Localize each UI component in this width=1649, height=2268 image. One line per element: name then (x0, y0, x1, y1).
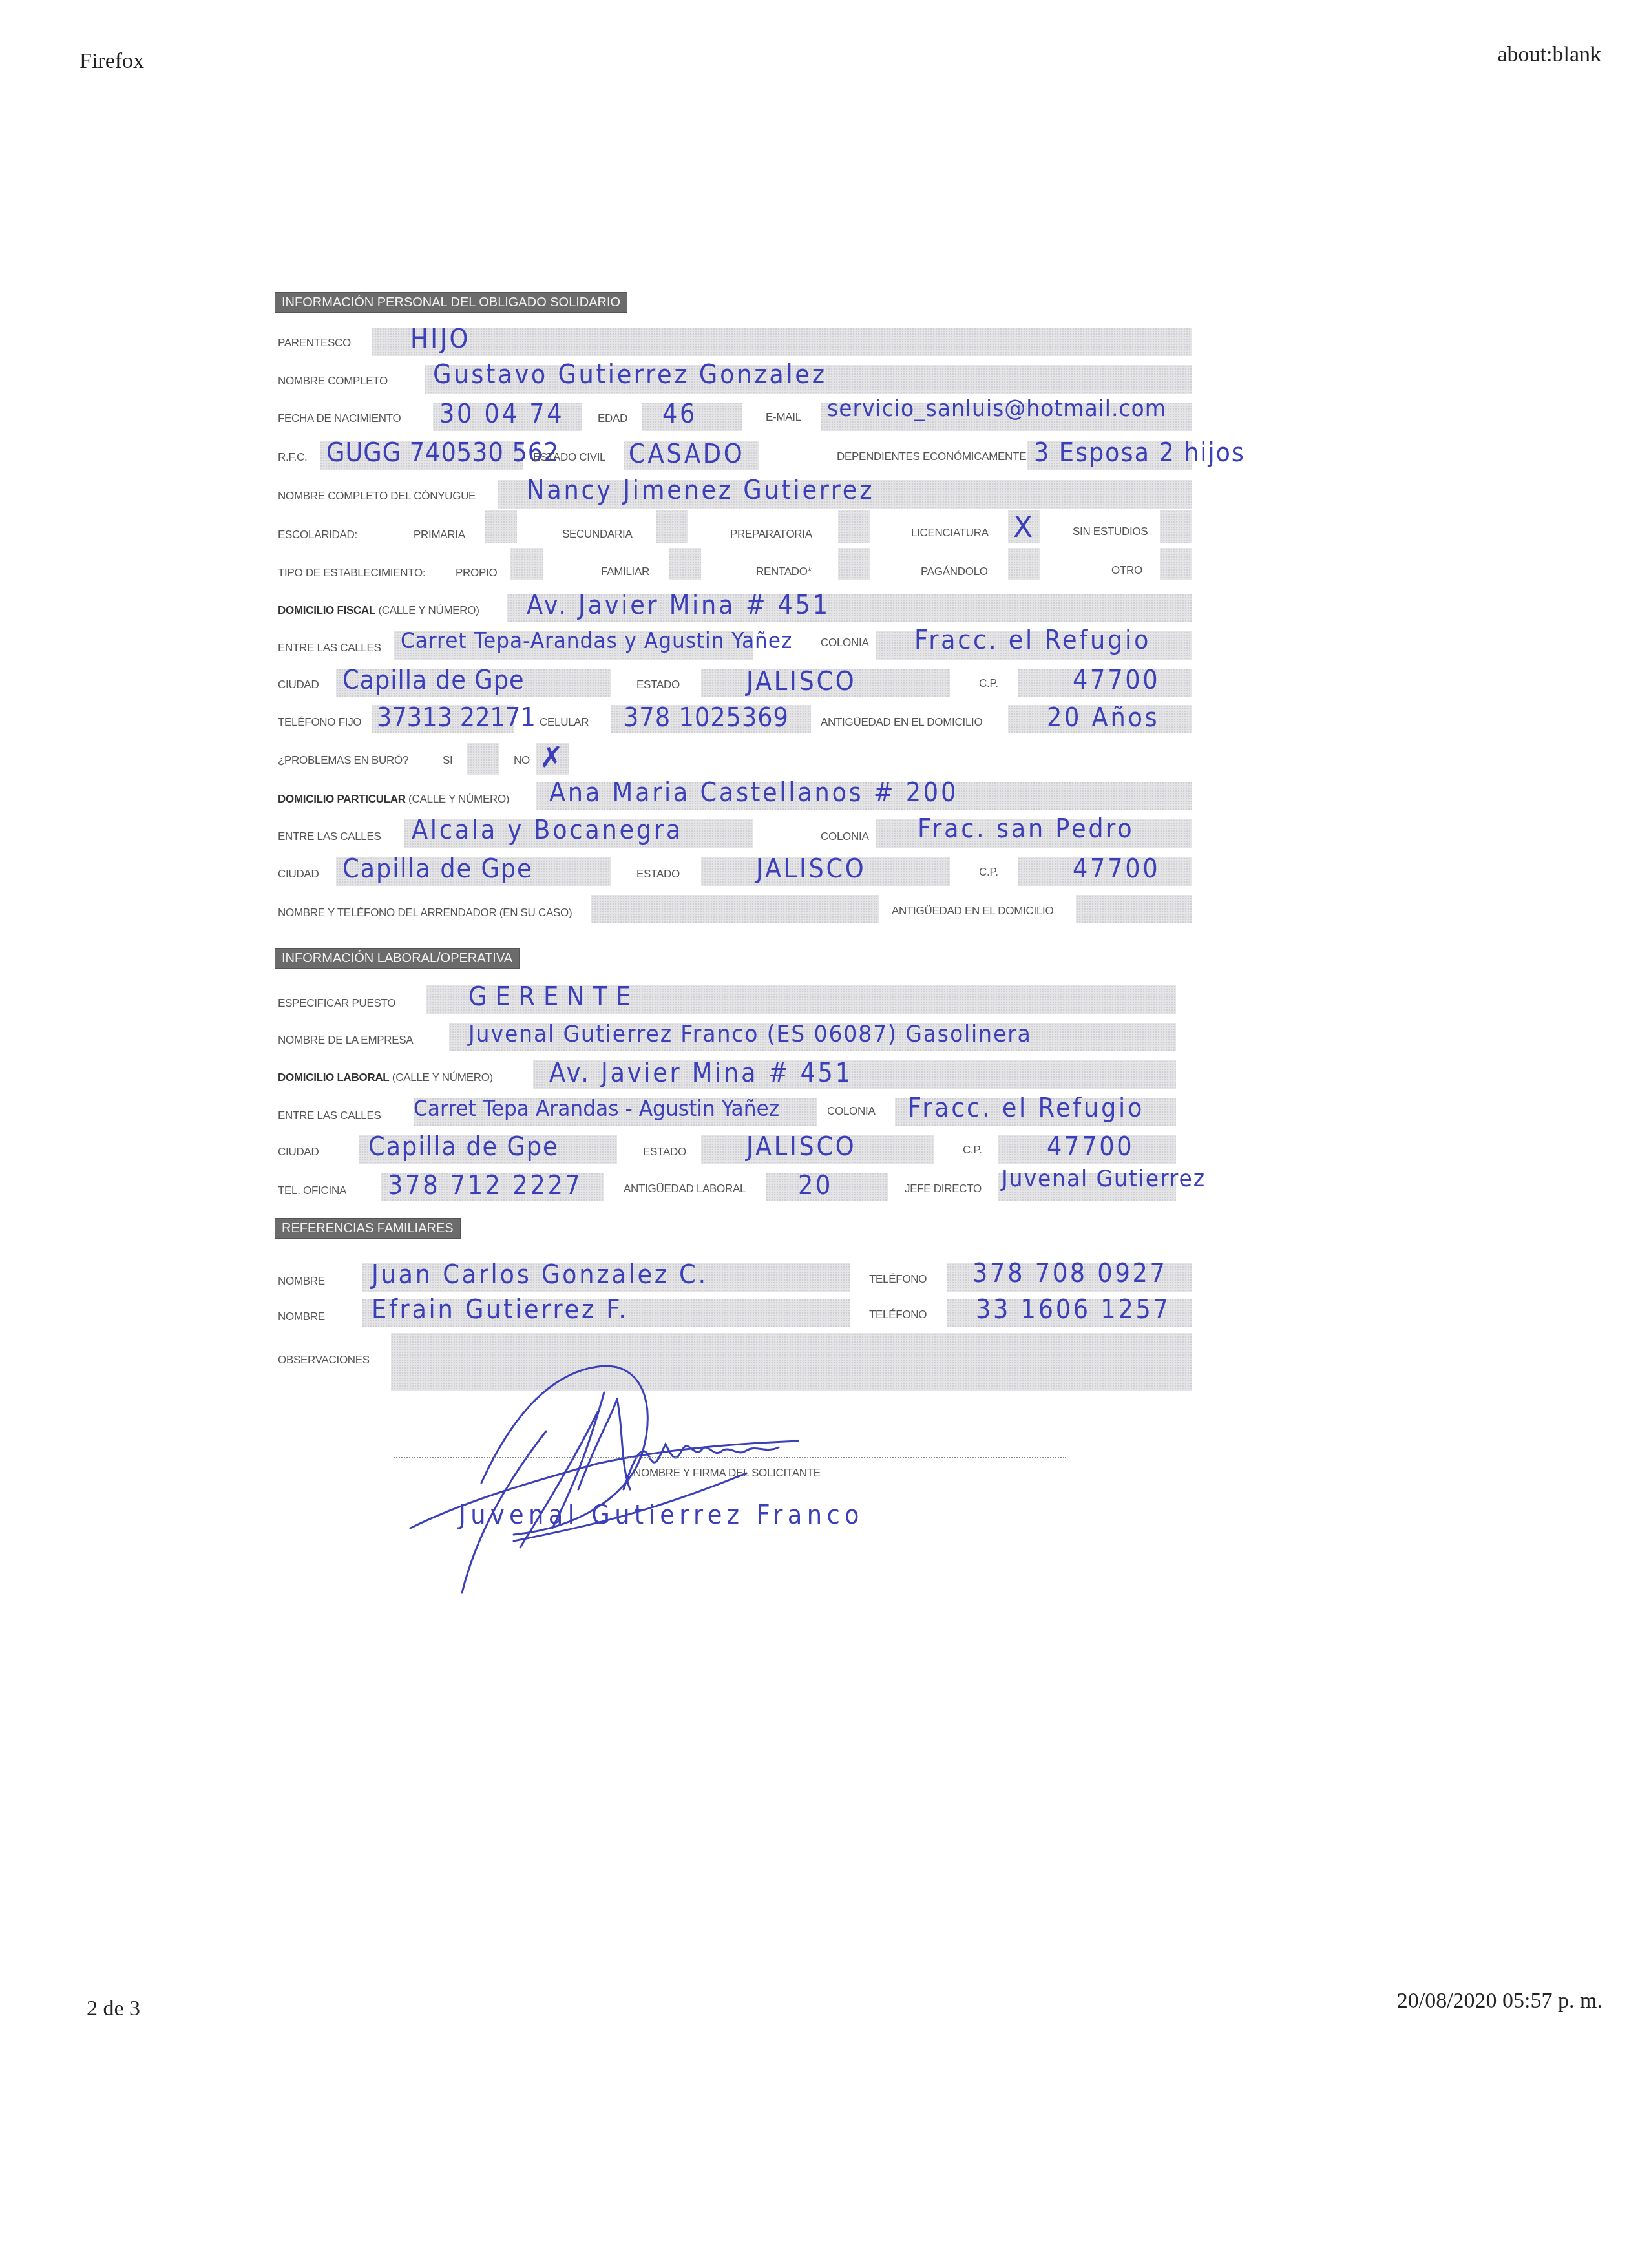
label-celular: CELULAR (540, 716, 589, 729)
checkbox-rentado[interactable] (838, 548, 870, 580)
label-tel-oficina: TEL. OFICINA (278, 1184, 346, 1197)
checkbox-propio[interactable] (510, 548, 543, 580)
label-part-estado: ESTADO (636, 868, 680, 881)
signature-line (394, 1457, 1066, 1458)
value-laboral-ciudad: Capilla de Gpe (368, 1134, 559, 1160)
solidarity-obligor-form: INFORMACIÓN PERSONAL DEL OBLIGADO SOLIDA… (275, 288, 1192, 1515)
value-parentesco: HIJO (410, 326, 470, 352)
value-celular: 378 1025369 (624, 705, 789, 731)
label-domicilio-particular: DOMICILIO PARTICULAR (CALLE Y NÚMERO) (278, 793, 509, 806)
label-rfc: R.F.C. (278, 451, 307, 464)
label-fiscal-ciudad: CIUDAD (278, 678, 319, 691)
value-domicilio-fiscal: Av. Javier Mina # 451 (527, 593, 830, 618)
label-part-ciudad: CIUDAD (278, 868, 319, 881)
value-email: servicio_sanluis@hotmail.com (827, 397, 1166, 421)
value-jefe-directo: Juvenal Gutierrez (1002, 1168, 1206, 1191)
check-mark-buro-no: ✗ (540, 744, 563, 772)
value-part-entre: Alcala y Bocanegra (412, 817, 683, 843)
checkbox-sin-estudios[interactable] (1160, 510, 1192, 543)
value-fiscal-entre: Carret Tepa-Arandas y Agustin Yañez (401, 630, 792, 652)
label-fiscal-entre: ENTRE LAS CALLES (278, 642, 381, 655)
label-secundaria: SECUNDARIA (562, 528, 632, 541)
value-firma-nombre: Juvenal Gutierrez Franco (459, 1502, 864, 1528)
value-laboral-estado: JALISCO (746, 1134, 857, 1160)
value-estado-civil: CASADO (629, 441, 744, 467)
label-part-cp: C.P. (979, 866, 998, 879)
label-part-colonia: COLONIA (821, 830, 868, 843)
checkbox-secundaria[interactable] (656, 510, 688, 543)
value-ref1-telefono: 378 708 0927 (972, 1261, 1168, 1286)
label-firma: NOMBRE Y FIRMA DEL SOLICITANTE (633, 1467, 821, 1480)
label-laboral-ciudad: CIUDAD (278, 1146, 319, 1159)
value-antiguedad-domicilio: 20 Años (1047, 705, 1159, 731)
label-fiscal-colonia: COLONIA (821, 636, 868, 649)
label-ref2-nombre: NOMBRE (278, 1310, 325, 1323)
value-fiscal-colonia: Fracc. el Refugio (914, 627, 1151, 653)
label-otro: OTRO (1111, 564, 1142, 577)
field-arrendador-antiguedad[interactable] (1076, 895, 1192, 923)
label-fiscal-cp: C.P. (979, 677, 998, 690)
value-edad: 46 (662, 401, 697, 427)
value-fiscal-ciudad: Capilla de Gpe (342, 667, 525, 693)
label-email: E-MAIL (766, 411, 801, 424)
label-laboral-entre: ENTRE LAS CALLES (278, 1109, 381, 1122)
checkbox-preparatoria[interactable] (838, 510, 870, 543)
label-licenciatura: LICENCIATURA (911, 527, 989, 540)
value-telefono-fijo: 37313 22171 (377, 705, 536, 731)
label-part-entre: ENTRE LAS CALLES (278, 830, 381, 843)
label-pagandolo: PAGÁNDOLO (921, 565, 988, 578)
value-ref2-nombre: Efrain Gutierrez F. (372, 1297, 629, 1323)
label-dependientes: DEPENDIENTES ECONÓMICAMENTE (837, 450, 1026, 463)
value-tel-oficina: 378 712 2227 (388, 1173, 583, 1199)
value-laboral-cp: 47700 (1047, 1134, 1134, 1160)
label-telefono-fijo: TELÉFONO FIJO (278, 716, 361, 729)
checkbox-otro[interactable] (1160, 548, 1192, 580)
checkbox-buro-si[interactable] (467, 743, 499, 775)
label-sin-estudios: SIN ESTUDIOS (1073, 525, 1148, 538)
value-laboral-colonia: Fracc. el Refugio (908, 1095, 1144, 1121)
value-antiguedad-laboral: 20 (798, 1173, 833, 1199)
label-buro-no: NO (514, 754, 530, 767)
value-nombre: Gustavo Gutierrez Gonzalez (433, 362, 827, 388)
value-laboral-entre: Carret Tepa Arandas - Agustin Yañez (414, 1098, 779, 1120)
field-arrendador[interactable] (591, 895, 879, 923)
section-header-referencias: REFERENCIAS FAMILIARES (275, 1218, 461, 1239)
label-familiar: FAMILIAR (601, 565, 649, 578)
checkbox-familiar[interactable] (669, 548, 701, 580)
label-primaria: PRIMARIA (414, 529, 465, 541)
value-part-estado: JALISCO (756, 856, 867, 882)
value-empresa: Juvenal Gutierrez Franco (ES 06087) Gaso… (468, 1023, 1032, 1046)
label-tipo-establecimiento: TIPO DE ESTABLECIMIENTO: (278, 567, 425, 580)
label-ref1-nombre: NOMBRE (278, 1275, 325, 1288)
value-dependientes: 3 Esposa 2 hijos (1034, 440, 1245, 466)
value-ref1-nombre: Juan Carlos Gonzalez C. (372, 1262, 708, 1288)
label-observaciones: OBSERVACIONES (278, 1354, 370, 1367)
label-antiguedad-domicilio: ANTIGÜEDAD EN EL DOMICILIO (821, 716, 982, 729)
label-buro-si: SI (443, 754, 452, 767)
label-fiscal-estado: ESTADO (636, 678, 680, 691)
label-laboral-cp: C.P. (963, 1144, 982, 1157)
value-puesto: GERENTE (468, 984, 639, 1010)
label-ref1-telefono: TELÉFONO (869, 1273, 927, 1286)
label-propio: PROPIO (456, 567, 497, 580)
label-conyuge: NOMBRE COMPLETO DEL CÓNYUGUE (278, 490, 476, 503)
label-laboral-colonia: COLONIA (827, 1105, 875, 1118)
print-header-url: about:blank (1497, 43, 1601, 67)
label-escolaridad: ESCOLARIDAD: (278, 529, 357, 541)
print-footer-timestamp: 20/08/2020 05:57 p. m. (1397, 1989, 1602, 2013)
label-estado-civil: ESTADO CIVIL (533, 451, 605, 464)
label-empresa: NOMBRE DE LA EMPRESA (278, 1034, 413, 1047)
check-mark-licenciatura: X (1013, 514, 1033, 542)
label-fecha-nacimiento: FECHA DE NACIMIENTO (278, 412, 401, 425)
label-parentesco: PARENTESCO (278, 337, 351, 350)
value-domicilio-particular: Ana Maria Castellanos # 200 (549, 780, 958, 806)
print-footer-page: 2 de 3 (87, 1997, 140, 2021)
label-domicilio-fiscal: DOMICILIO FISCAL (CALLE Y NÚMERO) (278, 604, 479, 617)
value-rfc: GUGG 740530 562 (326, 440, 559, 466)
value-fiscal-cp: 47700 (1073, 667, 1160, 693)
label-buro: ¿PROBLEMAS EN BURÓ? (278, 754, 408, 767)
label-ref2-telefono: TELÉFONO (869, 1308, 927, 1321)
value-fecha-nacimiento: 30 04 74 (439, 401, 564, 427)
value-part-cp: 47700 (1073, 856, 1160, 882)
print-header-left: Firefox (79, 49, 144, 74)
value-part-colonia: Frac. san Pedro (918, 816, 1134, 842)
label-edad: EDAD (598, 412, 627, 425)
label-rentado: RENTADO* (756, 565, 812, 578)
value-part-ciudad: Capilla de Gpe (342, 856, 533, 882)
label-puesto: ESPECIFICAR PUESTO (278, 997, 395, 1010)
label-nombre: NOMBRE COMPLETO (278, 375, 388, 388)
label-jefe-directo: JEFE DIRECTO (905, 1182, 982, 1195)
label-arrendador: NOMBRE Y TELÉFONO DEL ARRENDADOR (EN SU … (278, 907, 572, 919)
value-ref2-telefono: 33 1606 1257 (976, 1297, 1171, 1323)
label-laboral-estado: ESTADO (643, 1146, 686, 1159)
checkbox-pagandolo[interactable] (1008, 548, 1040, 580)
checkbox-primaria[interactable] (485, 510, 517, 543)
value-domicilio-laboral: Av. Javier Mina # 451 (549, 1060, 853, 1086)
label-arrendador-antiguedad: ANTIGÜEDAD EN EL DOMICILIO (892, 905, 1053, 918)
label-preparatoria: PREPARATORIA (730, 528, 812, 541)
value-conyuge: Nancy Jimenez Gutierrez (527, 478, 874, 503)
section-header-personal: INFORMACIÓN PERSONAL DEL OBLIGADO SOLIDA… (275, 292, 627, 313)
section-header-laboral: INFORMACIÓN LABORAL/OPERATIVA (275, 948, 520, 969)
label-antiguedad-laboral: ANTIGÜEDAD LABORAL (624, 1182, 746, 1195)
value-fiscal-estado: JALISCO (746, 669, 857, 695)
label-domicilio-laboral: DOMICILIO LABORAL (CALLE Y NÚMERO) (278, 1071, 493, 1084)
field-parentesco[interactable] (372, 328, 1192, 356)
